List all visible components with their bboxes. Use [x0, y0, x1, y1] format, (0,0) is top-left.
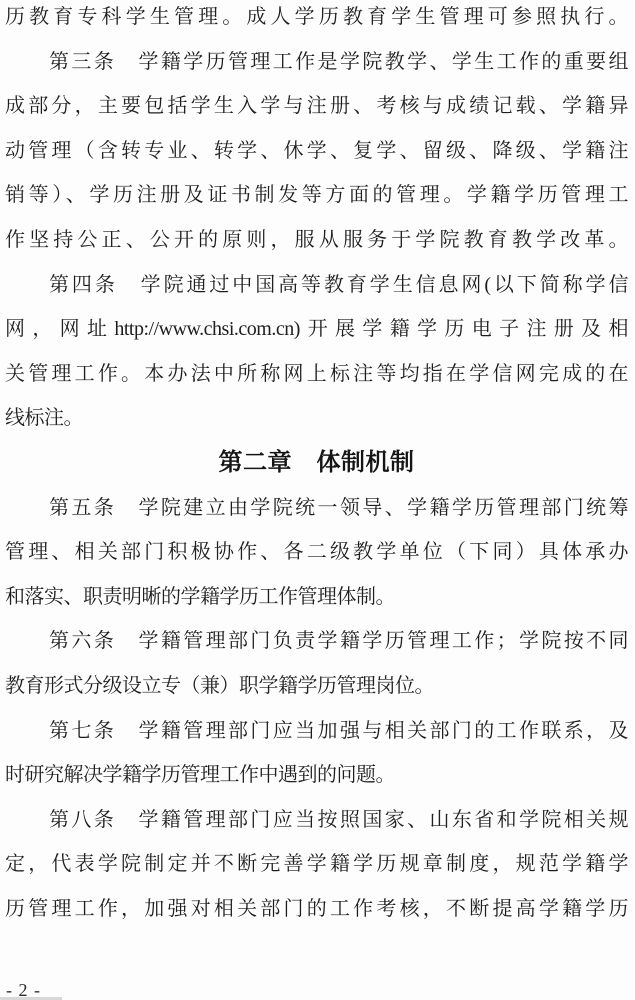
- document-line: 教育形式分级设立专（兼）职学籍学历管理岗位。: [5, 664, 628, 709]
- chapter-heading: 第二章 体制机制: [5, 441, 628, 486]
- document-line: 成部分，主要包括学生入学与注册、考核与成绩记载、学籍异: [5, 84, 628, 129]
- document-line: 关管理工作。本办法中所称网上标注等均指在学信网完成的在: [5, 352, 628, 397]
- document-line: 作坚持公正、公开的原则，服从服务于学院教育教学改革。: [5, 218, 628, 263]
- document-line-article-4: 第四条 学院通过中国高等教育学生信息网(以下简称学信: [5, 263, 628, 308]
- document-line: 销等）、学历注册及证书制发等方面的管理。学籍学历管理工: [5, 173, 628, 218]
- document-line-article-5: 第五条 学院建立由学院统一领导、学籍学历管理部门统筹: [5, 486, 628, 531]
- document-line-article-3: 第三条 学籍学历管理工作是学院教学、学生工作的重要组: [5, 40, 628, 85]
- document-line-url: 网，网址http://www.chsi.com.cn)开展学籍学历电子注册及相: [5, 307, 628, 352]
- document-line: 动管理（含转专业、转学、休学、复学、留级、降级、学籍注: [5, 129, 628, 174]
- document-line: 和落实、职责明晰的学籍学历工作管理体制。: [5, 575, 628, 620]
- document-line: 管理、相关部门积极协作、各二级教学单位（下同）具体承办: [5, 530, 628, 575]
- document-line: 线标注。: [5, 396, 628, 441]
- document-body: 历教育专科学生管理。成人学历教育学生管理可参照执行。 第三条 学籍学历管理工作是…: [5, 0, 628, 931]
- document-line-article-7: 第七条 学籍管理部门应当加强与相关部门的工作联系，及: [5, 709, 628, 754]
- document-line: 时研究解决学籍学历管理工作中遇到的问题。: [5, 753, 628, 798]
- document-line-article-8: 第八条 学籍管理部门应当按照国家、山东省和学院相关规: [5, 798, 628, 843]
- document-line: 历管理工作，加强对相关部门的工作考核，不断提高学籍学历: [5, 887, 628, 932]
- document-line: 定，代表学院制定并不断完善学籍学历规章制度，规范学籍学: [5, 842, 628, 887]
- document-page: 历教育专科学生管理。成人学历教育学生管理可参照执行。 第三条 学籍学历管理工作是…: [0, 0, 635, 1000]
- document-line-article-6: 第六条 学籍管理部门负责学籍学历管理工作；学院按不同: [5, 619, 628, 664]
- document-line: 历教育专科学生管理。成人学历教育学生管理可参照执行。: [5, 0, 628, 40]
